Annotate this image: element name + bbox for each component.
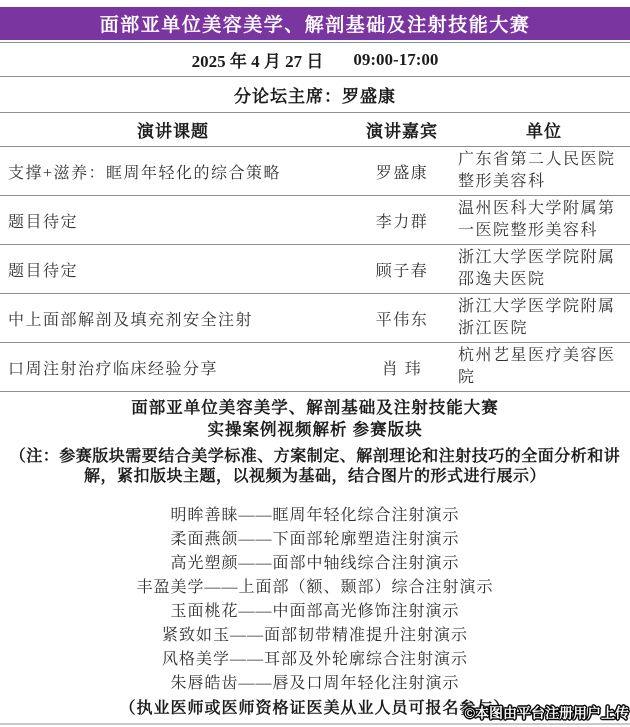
contest-note-line1: （注：参赛版块需要结合美学标准、方案制定、解剖理论和注射技巧的全面分析和讲 bbox=[0, 447, 630, 467]
session-date-row: 2025 年 4 月 27 日 09:00-17:00 bbox=[0, 42, 630, 76]
contest-title-line1: 面部亚单位美容美学、解剖基础及注射技能大赛 bbox=[0, 397, 630, 419]
demo-item: 紧致如玉——面部韧带精准提升注射演示 bbox=[0, 624, 630, 648]
session-date: 2025 年 4 月 27 日 bbox=[192, 47, 324, 72]
demo-item: 明眸善睐——眶周年轻化综合注射演示 bbox=[0, 504, 630, 528]
table-row: 支撑+滋养：眶周年轻化的综合策略 罗盛康 广东省第二人民医院整形美容科 bbox=[0, 146, 630, 195]
table-header-row: 演讲课题 演讲嘉宾 单位 bbox=[0, 112, 630, 146]
topic-cell: 题目待定 bbox=[0, 258, 346, 281]
demo-item: 高光塑颜——面部中轴线综合注射演示 bbox=[0, 552, 630, 576]
affiliation-cell: 浙江大学医学院附属浙江医院 bbox=[458, 296, 630, 340]
title-bar: 面部亚单位美容美学、解剖基础及注射技能大赛 bbox=[0, 7, 630, 40]
agenda-document: 面部亚单位美容美学、解剖基础及注射技能大赛 2025 年 4 月 27 日 09… bbox=[0, 0, 630, 727]
table-row: 题目待定 顾子春 浙江大学医学院附属邵逸夫医院 bbox=[0, 244, 630, 293]
table-body: 支撑+滋养：眶周年轻化的综合策略 罗盛康 广东省第二人民医院整形美容科 题目待定… bbox=[0, 146, 630, 392]
speaker-cell: 顾子春 bbox=[346, 258, 458, 281]
session-time: 09:00-17:00 bbox=[353, 50, 438, 70]
table-row: 题目待定 李力群 温州医科大学附属第一医院整形美容科 bbox=[0, 195, 630, 244]
column-header-affiliation: 单位 bbox=[458, 117, 630, 142]
session-chair: 分论坛主席：罗盛康 bbox=[234, 82, 396, 107]
page-title: 面部亚单位美容美学、解剖基础及注射技能大赛 bbox=[100, 10, 531, 37]
demo-item: 柔面燕颌——下面部轮廓塑造注射演示 bbox=[0, 528, 630, 552]
demo-item: 丰盈美学——上面部（额、颞部）综合注射演示 bbox=[0, 576, 630, 600]
speaker-cell: 罗盛康 bbox=[346, 160, 458, 183]
demo-item: 风格美学——耳部及外轮廓综合注射演示 bbox=[0, 648, 630, 672]
contest-section: 面部亚单位美容美学、解剖基础及注射技能大赛 实操案例视频解析 参赛版块 （注：参… bbox=[0, 397, 630, 719]
affiliation-cell: 广东省第二人民医院整形美容科 bbox=[458, 149, 630, 193]
column-header-topic: 演讲课题 bbox=[0, 117, 346, 142]
topic-cell: 口周注射治疗临床经验分享 bbox=[0, 356, 346, 379]
demo-item: 朱唇皓齿——唇及口周年轻化注射演示 bbox=[0, 672, 630, 696]
topic-cell: 中上面部解剖及填充剂安全注射 bbox=[0, 307, 346, 330]
column-header-speaker: 演讲嘉宾 bbox=[346, 117, 458, 142]
affiliation-cell: 温州医科大学附属第一医院整形美容科 bbox=[458, 198, 630, 242]
table-row: 中上面部解剖及填充剂安全注射 平伟东 浙江大学医学院附属浙江医院 bbox=[0, 293, 630, 342]
affiliation-cell: 杭州艺星医疗美容医院 bbox=[458, 345, 630, 389]
affiliation-cell: 浙江大学医学院附属邵逸夫医院 bbox=[458, 247, 630, 291]
contest-title-line2: 实操案例视频解析 参赛版块 bbox=[0, 419, 630, 441]
speaker-cell: 肖 玮 bbox=[346, 356, 458, 379]
topic-cell: 支撑+滋养：眶周年轻化的综合策略 bbox=[0, 160, 346, 183]
topic-cell: 题目待定 bbox=[0, 209, 346, 232]
demo-item: 玉面桃花——中面部高光修饰注射演示 bbox=[0, 600, 630, 624]
table-row: 口周注射治疗临床经验分享 肖 玮 杭州艺星医疗美容医院 bbox=[0, 342, 630, 391]
watermark: ©本图由平台注册用户上传 bbox=[465, 703, 629, 723]
bottom-divider bbox=[0, 723, 630, 725]
speaker-cell: 李力群 bbox=[346, 209, 458, 232]
demo-list: 明眸善睐——眶周年轻化综合注射演示 柔面燕颌——下面部轮廓塑造注射演示 高光塑颜… bbox=[0, 504, 630, 696]
contest-note-line2: 解，紧扣版块主题，以视频为基础，结合图片的形式进行展示） bbox=[0, 467, 630, 487]
speaker-cell: 平伟东 bbox=[346, 307, 458, 330]
session-chair-row: 分论坛主席：罗盛康 bbox=[0, 76, 630, 112]
